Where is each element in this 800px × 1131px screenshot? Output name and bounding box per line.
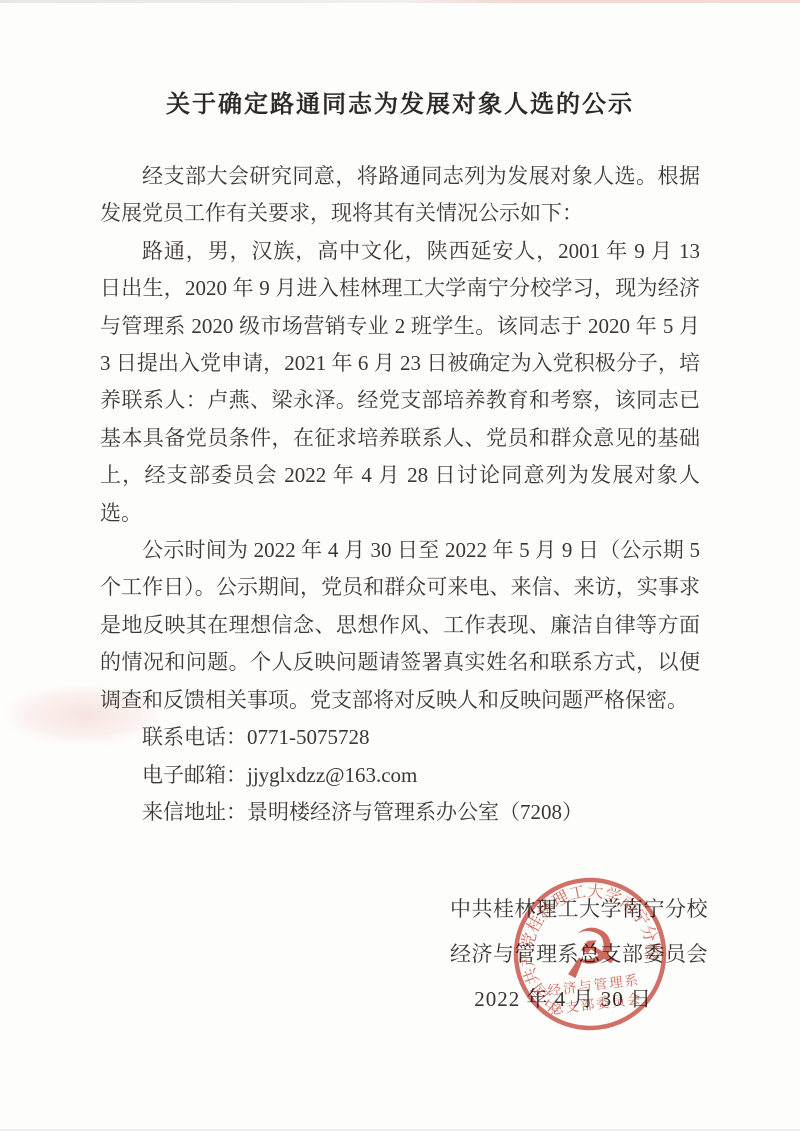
paragraph-intro: 经支部大会研究同意，将路通同志列为发展对象人选。根据发展党员工作有关要求，现将其… xyxy=(100,158,700,233)
signature-block: 中共桂林理工大学南宁分校 经济与管理系总支部委员会 2022 年 4 月 30 … xyxy=(450,887,708,1023)
contact-address-label: 来信地址： xyxy=(142,800,247,824)
scan-edge-artifact-top xyxy=(0,0,800,3)
signature-org-line1: 中共桂林理工大学南宁分校 xyxy=(450,887,708,932)
signature-org-line2: 经济与管理系总支部委员会 xyxy=(450,932,708,977)
notice-title: 关于确定路通同志为发展对象人选的公示 xyxy=(0,84,800,119)
contact-email-value: jjyglxdzz@163.com xyxy=(247,763,417,787)
paragraph-publicity-period: 公示时间为 2022 年 4 月 30 日至 2022 年 5 月 9 日（公示… xyxy=(100,532,700,719)
contact-address-line: 来信地址：景明楼经济与管理系办公室（7208） xyxy=(100,794,700,831)
contact-phone-value: 0771-5075728 xyxy=(247,725,370,749)
contact-phone-label: 联系电话： xyxy=(142,725,247,749)
notice-body: 经支部大会研究同意，将路通同志列为发展对象人选。根据发展党员工作有关要求，现将其… xyxy=(100,158,700,831)
contact-email-line: 电子邮箱：jjyglxdzz@163.com xyxy=(100,757,700,794)
contact-email-label: 电子邮箱： xyxy=(142,763,247,787)
signature-date: 2022 年 4 月 30 日 xyxy=(450,977,708,1022)
contact-address-value: 景明楼经济与管理系办公室（7208） xyxy=(247,800,583,824)
contact-phone-line: 联系电话：0771-5075728 xyxy=(100,719,700,756)
scanned-notice-page: 关于确定路通同志为发展对象人选的公示 经支部大会研究同意，将路通同志列为发展对象… xyxy=(0,0,800,1131)
paragraph-candidate-info: 路通，男，汉族，高中文化，陕西延安人，2001 年 9 月 13 日出生，202… xyxy=(100,233,700,532)
